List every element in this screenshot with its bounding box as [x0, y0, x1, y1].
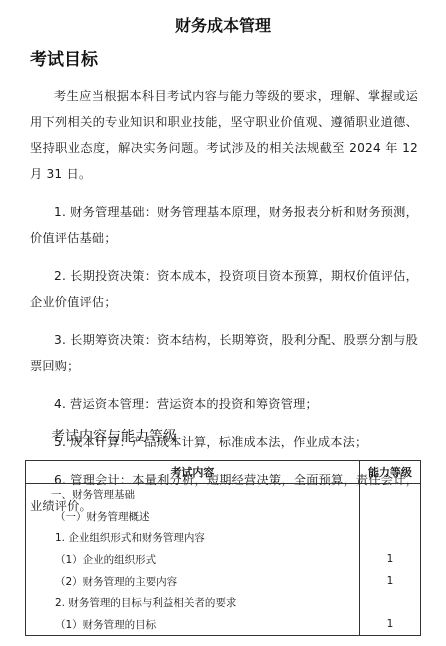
content-cell: （一）财务管理概述: [26, 506, 360, 528]
table-row: 1. 企业组织形式和财务管理内容: [26, 527, 421, 549]
content-cell: （2）财务管理的主要内容: [26, 570, 360, 592]
intro-paragraph: 考生应当根据本科目考试内容与能力等级的要求，理解、掌握或运用下列相关的专业知识和…: [30, 83, 418, 187]
objective-item-4: 4. 营运资本管理：营运资本的投资和筹资管理；: [30, 391, 418, 417]
table-row: （1）财务管理的目标 1: [26, 613, 421, 635]
section-heading-exam-objectives: 考试目标: [30, 49, 98, 71]
level-cell: 1: [359, 549, 420, 571]
content-cell: （1）企业的组织形式: [26, 549, 360, 571]
level-cell: [359, 592, 420, 614]
level-cell: [359, 506, 420, 528]
level-cell: [359, 484, 420, 506]
level-cell: [359, 527, 420, 549]
level-cell: 1: [359, 613, 420, 635]
objective-item-1: 1. 财务管理基础：财务管理基本原理，财务报表分析和财务预测，价值评估基础；: [30, 199, 418, 251]
table-row: （一）财务管理概述: [26, 506, 421, 528]
table-row: （2）财务管理的主要内容 1: [26, 570, 421, 592]
content-cell: 1. 企业组织形式和财务管理内容: [26, 527, 360, 549]
content-cell: （1）财务管理的目标: [26, 613, 360, 635]
exam-content-table: 考试内容 能力等级 一、财务管理基础 （一）财务管理概述 1. 企业组织形式和财…: [25, 460, 421, 636]
table-header-row: 考试内容 能力等级: [26, 461, 421, 484]
exam-objectives-body: 考生应当根据本科目考试内容与能力等级的要求，理解、掌握或运用下列相关的专业知识和…: [30, 83, 418, 519]
content-cell: 一、财务管理基础: [26, 484, 360, 506]
document-title: 财务成本管理: [0, 16, 446, 36]
column-header-level: 能力等级: [359, 461, 420, 484]
objective-item-2: 2. 长期投资决策：资本成本，投资项目资本预算，期权价值评估，企业价值评估；: [30, 263, 418, 315]
table-row: 2. 财务管理的目标与利益相关者的要求: [26, 592, 421, 614]
column-header-content: 考试内容: [26, 461, 360, 484]
level-cell: 1: [359, 570, 420, 592]
table-row: （1）企业的组织形式 1: [26, 549, 421, 571]
table-row: 一、财务管理基础: [26, 484, 421, 506]
objective-item-3: 3. 长期筹资决策：资本结构，长期筹资，股利分配、股票分割与股票回购；: [30, 327, 418, 379]
subheading-content-and-levels: 考试内容与能力等级: [51, 427, 177, 447]
content-cell: 2. 财务管理的目标与利益相关者的要求: [26, 592, 360, 614]
